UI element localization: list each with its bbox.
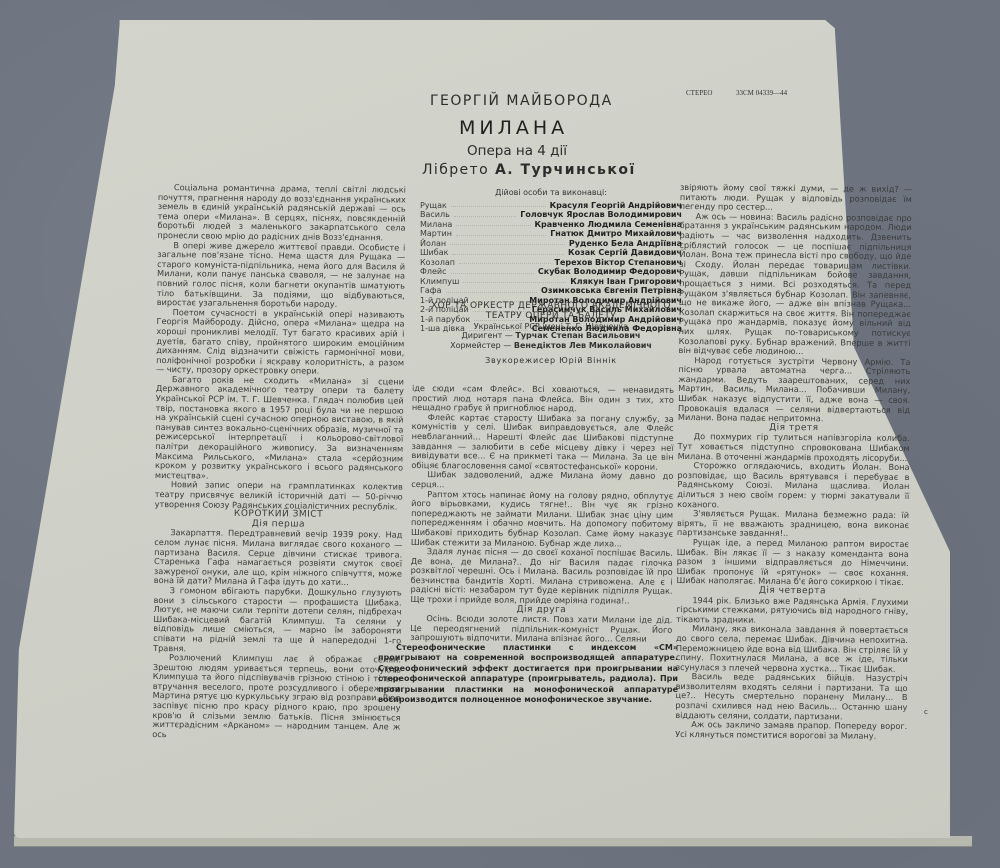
ensemble-line: ТЕАТРУ ОПЕРИ ТА БАЛЕТУ — [420, 312, 682, 322]
cast-actor: Озимковська Євгенія Петрівна — [541, 286, 682, 296]
cast-role: Милана — [420, 220, 452, 230]
cast-actor: Терехов Віктор Степанович — [555, 258, 683, 268]
cast-role: Йолан — [420, 239, 446, 249]
cast-role: Козолап — [420, 258, 455, 268]
synopsis-paragraph: 1944 рік. Близько вже Радянська Армія. Г… — [676, 596, 908, 627]
cast-row: ШибакКозак Сергій Давидович — [420, 248, 682, 258]
cast-actor: Головчук Ярослав Володимирович — [520, 210, 682, 220]
right-column: звіряють йому свої тяжкі думи, — де ж ви… — [675, 183, 912, 741]
composer-name: ГЕОРГІЙ МАЙБОРОДА — [430, 93, 613, 109]
cast-row: ГафаОзимковська Євгенія Петрівна — [420, 286, 682, 296]
synopsis-paragraph: Сторожко оглядаючись, входить Йолан. Вон… — [677, 461, 909, 511]
libretto-author: А. Турчинської — [495, 162, 636, 178]
cast-row: МартинГнатюк Дмитро Михайлович — [420, 229, 682, 239]
left-column: Соціальна романтична драма, теплі світлі… — [152, 183, 406, 742]
libretto-label: Лібрето — [422, 162, 489, 178]
cast-role: Гафа — [420, 286, 442, 296]
cast-row: ФлейсСкубак Володимир Федорович — [420, 267, 682, 277]
cast-row: МиланаКравченко Людмила Семенівна — [420, 220, 682, 230]
cast-row: КозолапТерехов Віктор Степанович — [420, 258, 682, 268]
conductor-credit: Диригент — Турчак Степан Васильович — [420, 331, 682, 341]
intro-paragraph: Новий запис опери на грамплатинках колек… — [155, 480, 403, 511]
corner-mark: с — [924, 708, 928, 716]
cast-actor: Кравченко Людмила Семенівна — [535, 220, 682, 230]
leader-dots — [452, 248, 564, 255]
cast-role: Шибак — [420, 248, 448, 258]
stereo-notice: Стереофонические пластинки с индексом «С… — [378, 643, 678, 705]
synopsis-paragraph: Флейс картає старосту Шибака за погану с… — [411, 413, 673, 472]
leader-dots — [456, 220, 530, 227]
opera-title: МИЛАНА — [459, 117, 568, 139]
leader-dots — [459, 258, 551, 265]
cast-actor: Козак Сергій Давидович — [568, 248, 682, 258]
sleeve-back-text: ГЕОРГІЙ МАЙБОРОДА МИЛАНА Опера на 4 дії … — [0, 0, 1000, 868]
synopsis-paragraph: звіряють йому свої тяжкі думи, — де ж ви… — [680, 183, 912, 214]
cast-row: ВасильГоловчук Ярослав Володимирович — [420, 210, 682, 220]
middle-column: іде сюди «сам Флейс». Всі ховаються, — н… — [410, 384, 674, 645]
synopsis-paragraph: Аж ось — новина: Василь радісно розповід… — [678, 212, 911, 358]
stereo-label: СТЕРЕО — [686, 89, 712, 97]
intro-paragraph: В опері живе джерело життєвої правди. Ос… — [157, 241, 406, 311]
intro-paragraph: Поетом сучасності в українській опері на… — [156, 308, 405, 378]
synopsis-paragraph: Народ готується зустріти Червону Армію. … — [678, 356, 911, 425]
cast-role: Климпуш — [420, 277, 459, 287]
synopsis-paragraph: Милану, яка виконала завдання й повертає… — [676, 624, 908, 674]
synopsis-paragraph: Василь веде радянських бійців. Назустріч… — [675, 672, 907, 722]
cast-role: Василь — [420, 210, 450, 220]
leader-dots — [451, 201, 546, 208]
leader-dots — [446, 286, 538, 293]
cast-actor: Скубак Володимир Федорович — [538, 267, 682, 277]
conductor-label: Диригент — — [462, 331, 513, 340]
synopsis-paragraph: іде сюди «сам Флейс». Всі ховаються, — н… — [412, 384, 674, 415]
stereo-notice-text: Стереофонические пластинки с индексом «С… — [378, 643, 678, 705]
synopsis-paragraph: З гомоном вбігають парубки. Дошкульно гл… — [153, 586, 402, 656]
intro-paragraph: Багато років не сходить «Милана» зі сцен… — [155, 375, 404, 483]
ensemble-line: Української РСР імені Т. Г. Шевченка — [420, 322, 682, 332]
cast-role: Рущак — [420, 201, 447, 211]
synopsis-paragraph: Осінь. Всюди золоте листя. Повз хати Мил… — [410, 614, 672, 645]
choirmaster-credit: Хормейстер — Венедіктов Лев Миколайович — [420, 341, 682, 351]
ensemble-credits: ХОР ТА ОРКЕСТР ДЕРЖАВНОГО АКАДЕМІЧНОГО Т… — [420, 302, 682, 366]
catalog-number: 33СМ 04339—44 — [736, 89, 787, 97]
synopsis-paragraph: З'являється Рущак. Милана безмежно рада:… — [677, 509, 909, 540]
conductor-name: Турчак Степан Васильович — [515, 331, 640, 340]
cast-role: Флейс — [420, 267, 447, 277]
synopsis-paragraph: Здаля лунає пісня — до своєї коханої пос… — [410, 547, 672, 606]
synopsis-paragraph: Закарпаття. Передтравневий вечір 1939 ро… — [154, 528, 403, 588]
sound-engineer-credit: Звукорежисер Юрій Віннік — [420, 356, 682, 366]
libretto-credit: Лібрето А. Турчинської — [422, 162, 636, 178]
cast-role: Мартин — [420, 229, 452, 239]
synopsis-paragraph: Аж ось закличо замаяв прапор. Попереду в… — [675, 720, 907, 741]
choirmaster-label: Хормейстер — — [450, 341, 511, 350]
cast-actor: Красуля Георгій Андрійович — [550, 201, 682, 211]
synopsis-paragraph: Розлючений Климпуш лає й ображає селян. … — [152, 653, 401, 742]
cast-row: ЙоланРуденко Бела Андріївна — [420, 239, 682, 249]
sound-engineer-label: Звукорежисер — [485, 356, 556, 365]
synopsis-paragraph: До похмурих гір тулиться напівзгоріла ко… — [678, 432, 910, 463]
cast-row: КлимпушКлякун Іван Григорович — [420, 277, 682, 287]
opera-subtitle: Опера на 4 дії — [467, 143, 567, 159]
cast-actor: Руденко Бела Андріївна — [569, 239, 682, 249]
leader-dots — [450, 239, 565, 246]
synopsis-paragraph: Раптом хтось напинає йому на голову рядн… — [411, 490, 673, 549]
cast-actor: Клякун Іван Григорович — [570, 277, 682, 287]
leader-dots — [456, 229, 546, 236]
choirmaster-name: Венедіктов Лев Миколайович — [514, 341, 652, 350]
synopsis-paragraph: Рущак іде, а перед Миланою раптом вирост… — [676, 538, 908, 588]
leader-dots — [454, 210, 516, 217]
synopsis-paragraph: Шибак задоволений, адже Милана йому давн… — [411, 470, 673, 491]
cast-actor: Гнатюк Дмитро Михайлович — [550, 229, 682, 239]
sound-engineer-name: Юрій Віннік — [559, 356, 617, 365]
intro-paragraph: Соціальна романтична драма, теплі світлі… — [157, 183, 406, 243]
leader-dots — [451, 267, 534, 274]
leader-dots — [463, 277, 566, 284]
cast-row: РущакКрасуля Георгій Андрійович — [420, 201, 682, 211]
cast-heading: Дійові особи та виконавці: — [420, 188, 682, 198]
